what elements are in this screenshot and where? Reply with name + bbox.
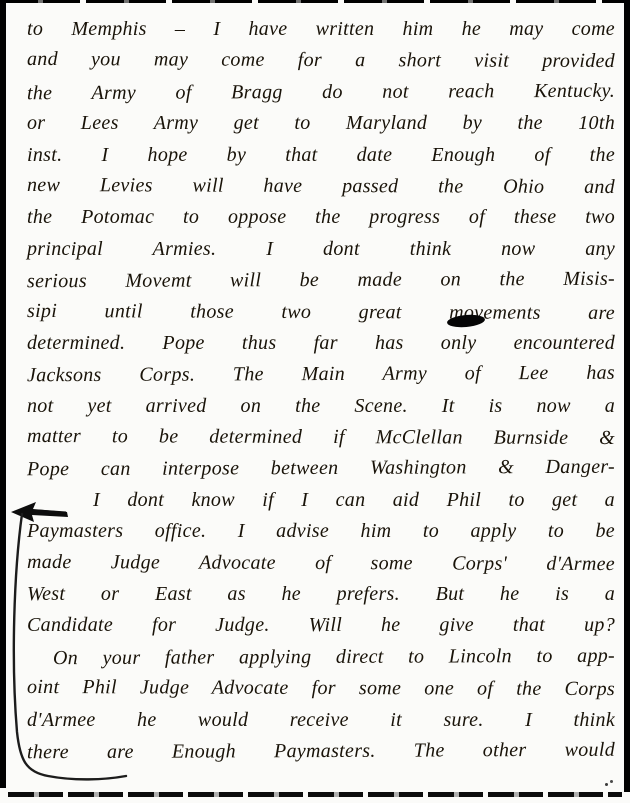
letter-line: Jacksons Corps. The Main Army of Lee has bbox=[27, 358, 615, 392]
letter-line: or Lees Army get to Maryland by the 10th bbox=[27, 108, 615, 139]
letter-line: serious Movemt will be made on the Misis… bbox=[27, 264, 615, 298]
scan-edge-top bbox=[0, 0, 630, 3]
letter-line: to Memphis – I have written him he may c… bbox=[27, 14, 615, 45]
letter-page-scan: to Memphis – I have written him he may c… bbox=[0, 0, 630, 803]
scan-speck bbox=[605, 783, 608, 786]
letter-line: Pope can interpose between Washington & … bbox=[27, 452, 615, 486]
letter-line: matter to be determined if McClellan Bur… bbox=[27, 421, 615, 454]
letter-line: new Levies will have passed the Ohio and bbox=[27, 170, 615, 203]
margin-line-mark bbox=[10, 512, 140, 784]
scan-edge-left bbox=[0, 0, 6, 788]
scan-edge-bottom bbox=[8, 792, 622, 797]
letter-line: sipi until those two great movements are bbox=[27, 295, 615, 328]
letter-line: inst. I hope by that date Enough of the bbox=[27, 140, 615, 171]
letter-line: and you may come for a short visit provi… bbox=[27, 44, 615, 77]
scan-edge-right bbox=[624, 0, 630, 792]
letter-line: determined. Pope thus far has only encou… bbox=[27, 328, 615, 359]
letter-line: the Potomac to oppose the progress of th… bbox=[27, 202, 615, 233]
letter-line: the Army of Bragg do not reach Kentucky. bbox=[27, 75, 615, 109]
letter-line: not yet arrived on the Scene. It is now … bbox=[27, 391, 615, 422]
letter-line: principal Armies. I dont think now any bbox=[27, 234, 615, 265]
